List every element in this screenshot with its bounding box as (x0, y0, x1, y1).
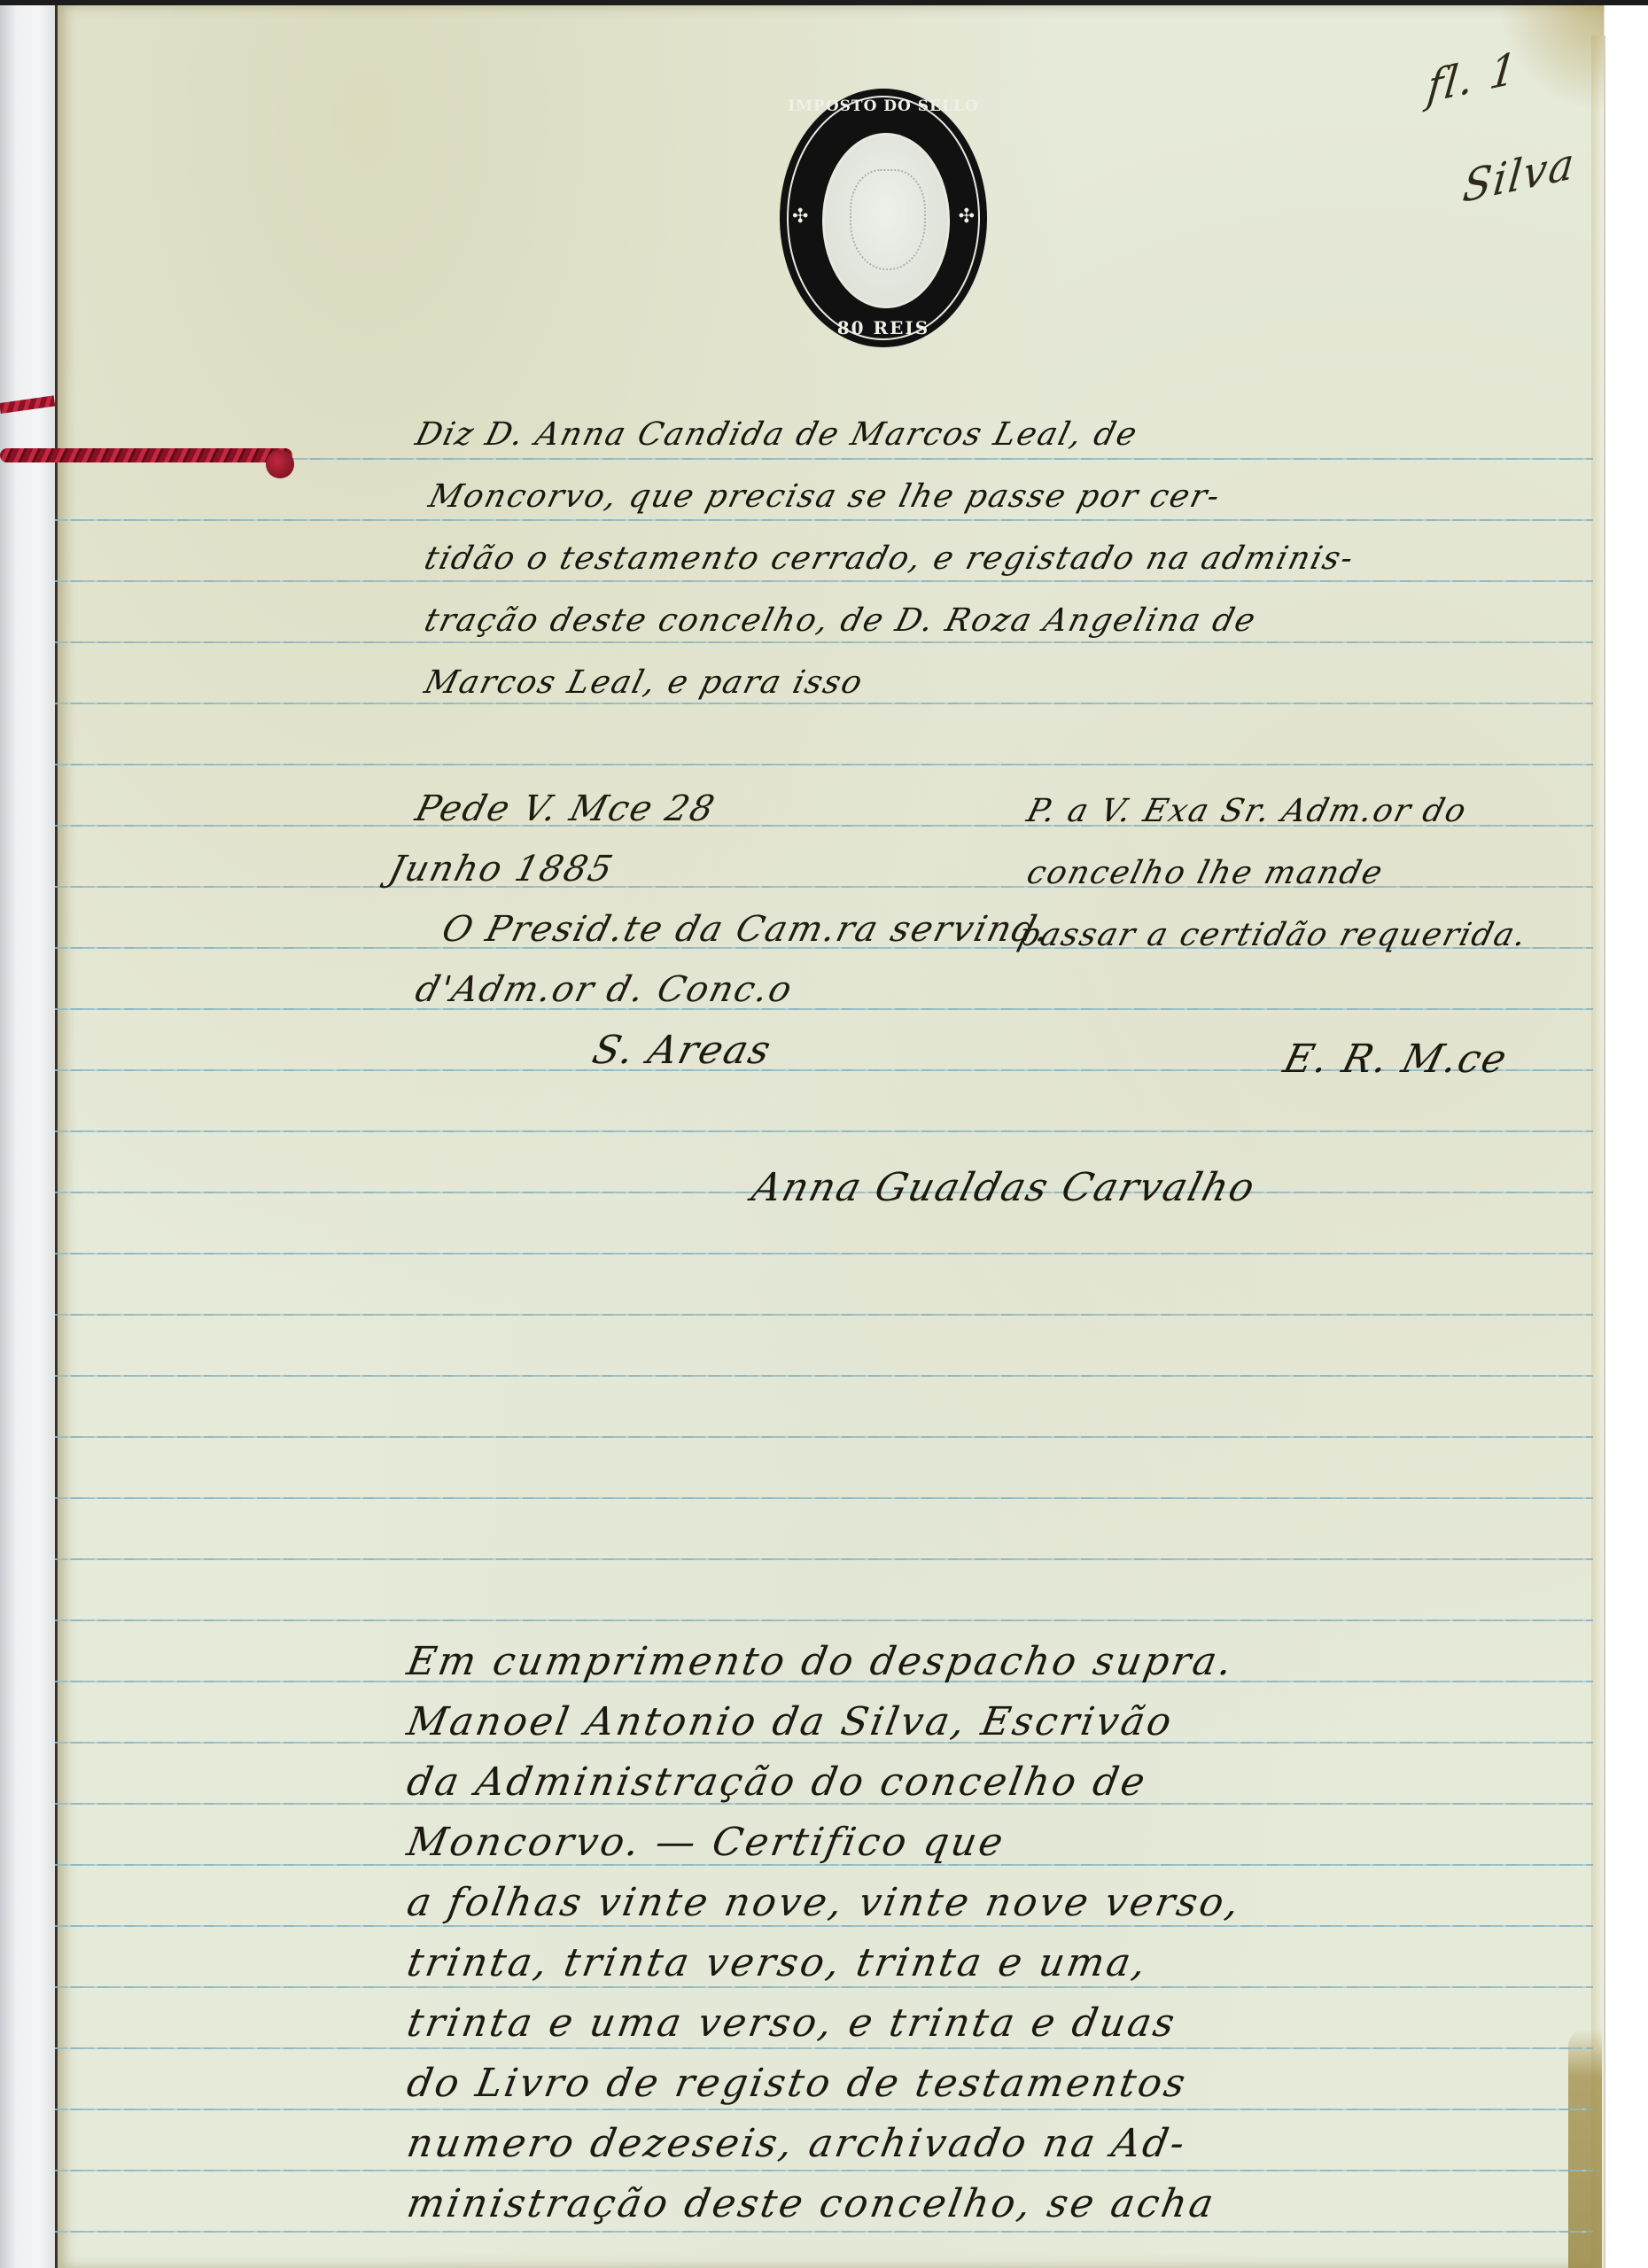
ruled-line (55, 2231, 1593, 2233)
stamp-value: 80 REIS (780, 317, 987, 338)
certification-line: a folhas vinte nove, vinte nove verso, (404, 1880, 1246, 1925)
binder-strip (0, 0, 55, 2268)
certification-line: ministração deste concelho, se acha (404, 2181, 1220, 2226)
ruled-line (55, 1986, 1593, 1988)
ruled-lines (55, 0, 1593, 2268)
coat-of-arms-icon (850, 169, 926, 270)
ruled-line (55, 1436, 1593, 1438)
certification-line: trinta e uma verso, e trinta e duas (404, 2000, 1181, 2046)
certification-line: numero dezeseis, archivado na Ad- (404, 2121, 1191, 2166)
ruled-line (55, 1375, 1593, 1377)
certification-line: Manoel Antonio da Silva, Escrivão (404, 1699, 1178, 1744)
ruled-line (55, 1253, 1593, 1254)
tax-stamp: IMPOSTO DO SELLO ✣ ✣ 80 REIS (780, 89, 987, 347)
dispatch-line: O Presid.te da Cam.ra servind. (438, 909, 1055, 950)
ruled-line (55, 1925, 1593, 1927)
ruled-line (55, 2170, 1593, 2171)
binding-cord (0, 448, 292, 462)
ruled-line (55, 580, 1593, 582)
petition-line: tidão o testamento cerrado, e registado … (421, 540, 1358, 577)
request-line: concelho lhe mande (1023, 855, 1388, 891)
ruled-line (55, 1619, 1593, 1621)
ornament-icon: ✣ (959, 206, 975, 228)
certification-line: Em cumprimento do despacho supra. (404, 1639, 1239, 1684)
dispatch-line: Pede V. Mce 28 (411, 788, 719, 829)
request-line: P. a V. Exa Sr. Adm.or do (1023, 793, 1472, 829)
certification-line: trinta, trinta verso, trinta e uma, (404, 1940, 1152, 1985)
request-closing: E. R. M.ce (1279, 1037, 1513, 1082)
binding-cord-knot (266, 450, 294, 478)
certification-line: Moncorvo. — Certifico que (404, 1820, 1009, 1865)
ornament-icon: ✣ (792, 206, 808, 228)
ruled-line (55, 641, 1593, 643)
ruled-line (55, 1558, 1593, 1560)
petition-line: Diz D. Anna Candida de Marcos Leal, de (412, 416, 1142, 453)
ruled-line (55, 1497, 1593, 1499)
petition-line: Moncorvo, que precisa se lhe passe por c… (425, 478, 1225, 515)
page-edge (1591, 35, 1605, 2268)
request-line: passar a certidão requerida. (1014, 917, 1532, 953)
certification-line: do Livro de registo de testamentos (404, 2061, 1192, 2106)
dispatch-signature: S. Areas (588, 1028, 777, 1073)
ruled-line (55, 2109, 1593, 2110)
petitioner-signature: Anna Gualdas Carvalho (748, 1165, 1261, 1210)
petition-line: Marcos Leal, e para isso (421, 664, 867, 701)
ruled-line (55, 2047, 1593, 2049)
dispatch-line: d'Adm.or d. Conc.o (411, 969, 797, 1010)
ruled-line (55, 764, 1593, 765)
ruled-line (55, 1008, 1593, 1010)
stamp-top-text: IMPOSTO DO SELLO (780, 97, 987, 115)
ruled-line (55, 519, 1593, 521)
ruled-line (55, 703, 1593, 704)
dispatch-line: Junho 1885 (385, 849, 618, 889)
petition-line: tração deste concelho, de D. Roza Angeli… (421, 602, 1261, 639)
certification-line: da Administração do concelho de (404, 1759, 1151, 1805)
ruled-line (55, 1130, 1593, 1132)
ruled-line (55, 1314, 1593, 1316)
stamp-embossed-center (822, 133, 950, 308)
